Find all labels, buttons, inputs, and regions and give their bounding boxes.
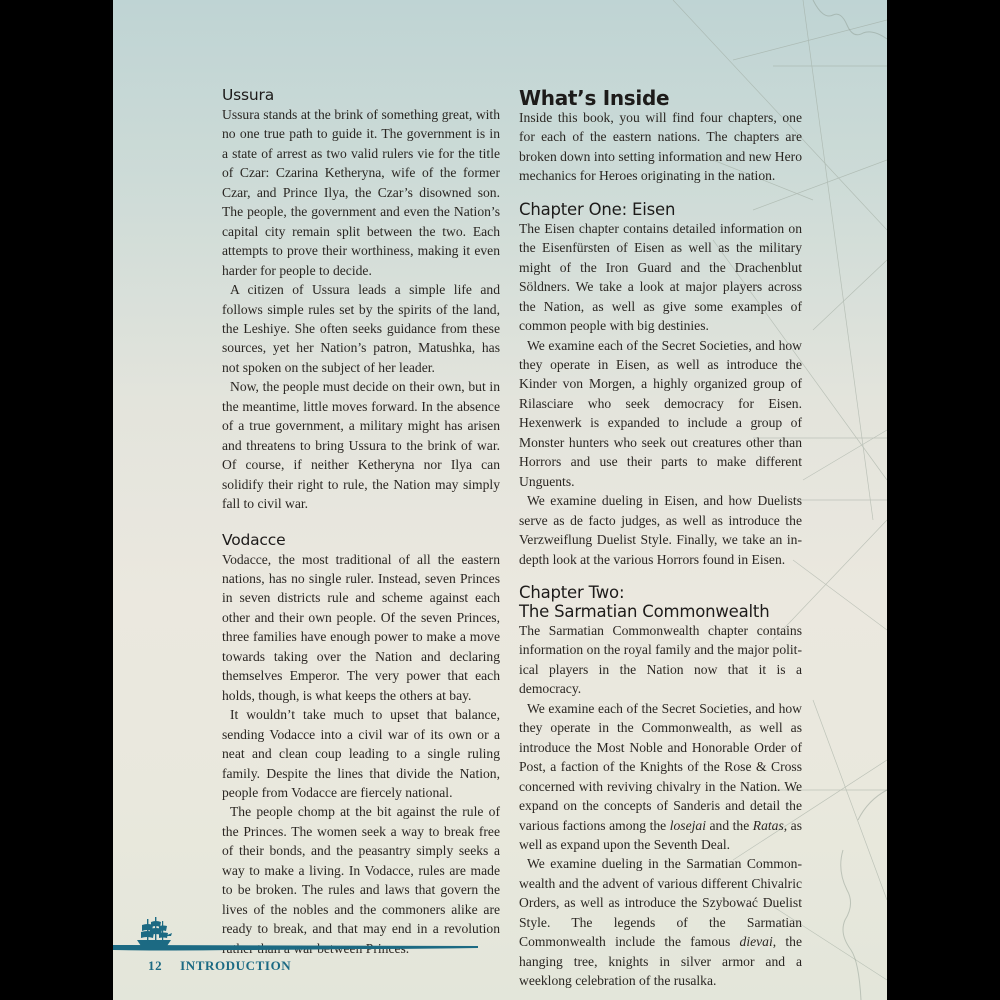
text-run: We examine each of the Secret Societies,…: [519, 701, 802, 833]
footer-wave-rule: [113, 944, 478, 951]
page-footer: 12 INTRODUCTION: [148, 958, 291, 974]
section-chapter-two: Chapter Two: The Sarmatian Commonwealth …: [519, 583, 802, 991]
chapter-two-heading: Chapter Two: The Sarmatian Commonwealth: [519, 583, 802, 621]
chapter-two-paragraph-1: The Sarmatian Commonwealth chapter conta…: [519, 621, 802, 699]
chapter-one-paragraph-3: We examine dueling in Eisen, and how Due…: [519, 491, 802, 569]
chapter-two-paragraph-2: We examine each of the Secret Societies,…: [519, 699, 802, 855]
section-label: INTRODUCTION: [180, 958, 291, 973]
whats-inside-paragraph: Inside this book, you will find four cha…: [519, 108, 802, 186]
page-number: 12: [148, 958, 162, 973]
section-chapter-one: Chapter One: Eisen The Eisen chapter con…: [519, 200, 802, 569]
chapter-two-paragraph-3: We examine dueling in the Sarmatian Comm…: [519, 854, 802, 990]
section-whats-inside: What’s Inside Inside this book, you will…: [519, 86, 802, 186]
chapter-two-heading-line-2: The Sarmatian Commonwealth: [519, 602, 769, 621]
text-run: and the: [706, 818, 753, 833]
ussura-paragraph-2: A citizen of Ussura leads a simple life …: [222, 280, 500, 377]
ussura-paragraph-1: Ussura stands at the brink of something …: [222, 105, 500, 280]
chapter-one-paragraph-1: The Eisen chapter contains detailed info…: [519, 219, 802, 336]
vodacce-paragraph-3: The people chomp at the bit against the …: [222, 802, 500, 958]
vodacce-paragraph-1: Vodacce, the most traditional of all the…: [222, 550, 500, 706]
vodacce-paragraph-2: It wouldn’t take much to upset that bala…: [222, 705, 500, 802]
italic-term: dievai: [740, 934, 773, 949]
left-column: Ussura Ussura stands at the brink of som…: [222, 86, 500, 958]
chapter-one-paragraph-2: We examine each of the Secret Societies,…: [519, 336, 802, 492]
chapter-two-heading-line-1: Chapter Two:: [519, 583, 624, 602]
section-heading-ussura: Ussura: [222, 86, 500, 105]
page-heading-whats-inside: What’s Inside: [519, 86, 802, 110]
section-heading-vodacce: Vodacce: [222, 531, 500, 550]
chapter-one-heading: Chapter One: Eisen: [519, 200, 802, 219]
section-vodacce: Vodacce Vodacce, the most traditional of…: [222, 531, 500, 959]
italic-term: losejai: [670, 818, 706, 833]
ussura-paragraph-3: Now, the people must decide on their own…: [222, 377, 500, 513]
book-page: Ussura Ussura stands at the brink of som…: [113, 0, 887, 1000]
italic-term: Ratas: [753, 818, 784, 833]
section-ussura: Ussura Ussura stands at the brink of som…: [222, 86, 500, 514]
right-column: What’s Inside Inside this book, you will…: [519, 86, 802, 991]
